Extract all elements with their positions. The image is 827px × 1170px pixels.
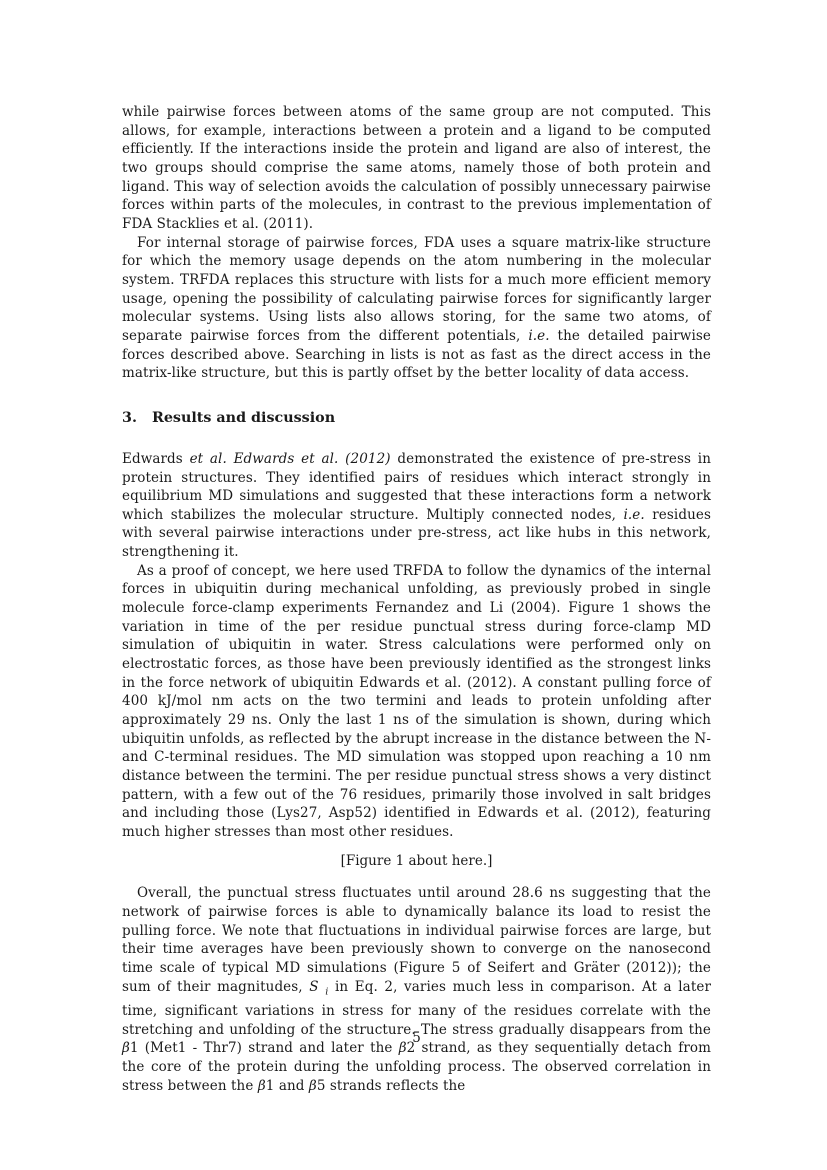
emphasis-text: i.e.: [623, 507, 644, 523]
emphasis-text: S: [309, 979, 318, 995]
paragraph: As a proof of concept, we here used TRFD…: [122, 562, 711, 842]
figure-placeholder: [Figure 1 about here.]: [122, 852, 711, 871]
emphasis-text: β: [258, 1078, 266, 1094]
text-run: while pairwise forces between atoms of t…: [122, 104, 711, 232]
emphasis-text: β: [309, 1078, 317, 1094]
emphasis-text: et al. Edwards et al. (2012): [190, 451, 391, 467]
text-run: 1 and: [266, 1078, 309, 1094]
paragraph: For internal storage of pairwise forces,…: [122, 234, 711, 383]
paragraph: Overall, the punctual stress fluctuates …: [122, 884, 711, 1095]
paper-page: while pairwise forces between atoms of t…: [0, 0, 827, 1170]
section-title: Results and discussion: [152, 410, 335, 426]
section-heading: 3.Results and discussion: [122, 409, 711, 428]
paragraph: Edwards et al. Edwards et al. (2012) dem…: [122, 450, 711, 562]
text-run: 5 strands reflects the: [317, 1078, 466, 1094]
text-run: As a proof of concept, we here used TRFD…: [122, 563, 711, 840]
page-number: 5: [122, 1030, 711, 1046]
text-run: Edwards: [122, 451, 190, 467]
paragraph: while pairwise forces between atoms of t…: [122, 103, 711, 234]
text-column: while pairwise forces between atoms of t…: [122, 103, 711, 1095]
section-number: 3.: [122, 409, 137, 428]
emphasis-text: i.e.: [528, 328, 549, 344]
